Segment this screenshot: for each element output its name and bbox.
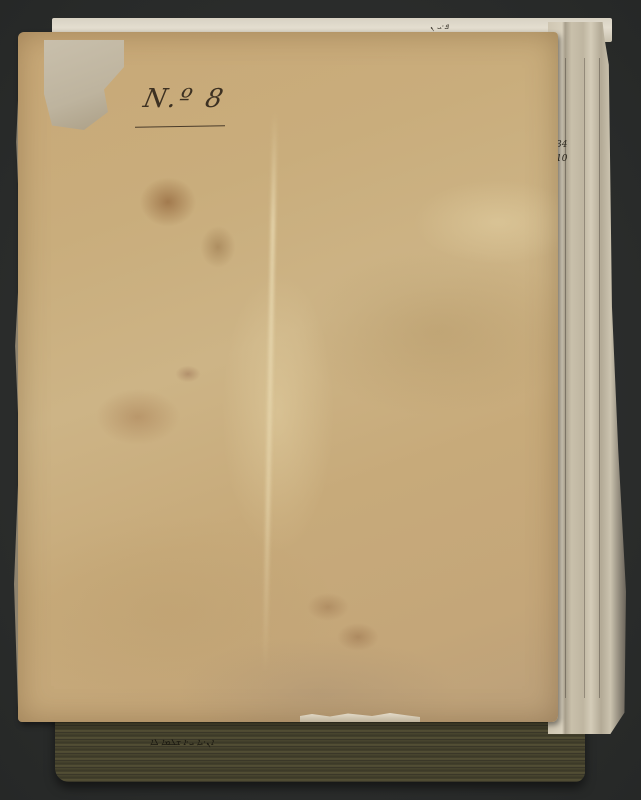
cover-crease <box>263 112 277 672</box>
page-divider-line <box>584 58 585 699</box>
bottom-page-edges <box>55 712 585 782</box>
cover-number-label: N.º 8 <box>141 84 229 114</box>
vellum-cover <box>18 32 558 722</box>
top-edge-inscription: ܦ·ܝ ܢ <box>430 22 449 32</box>
bottom-edge-inscription: ܐܢ·ܝܐ ܝ·ܐ ܫܠܡܐ ܠܐ <box>150 738 213 748</box>
page-divider-line <box>599 58 600 699</box>
